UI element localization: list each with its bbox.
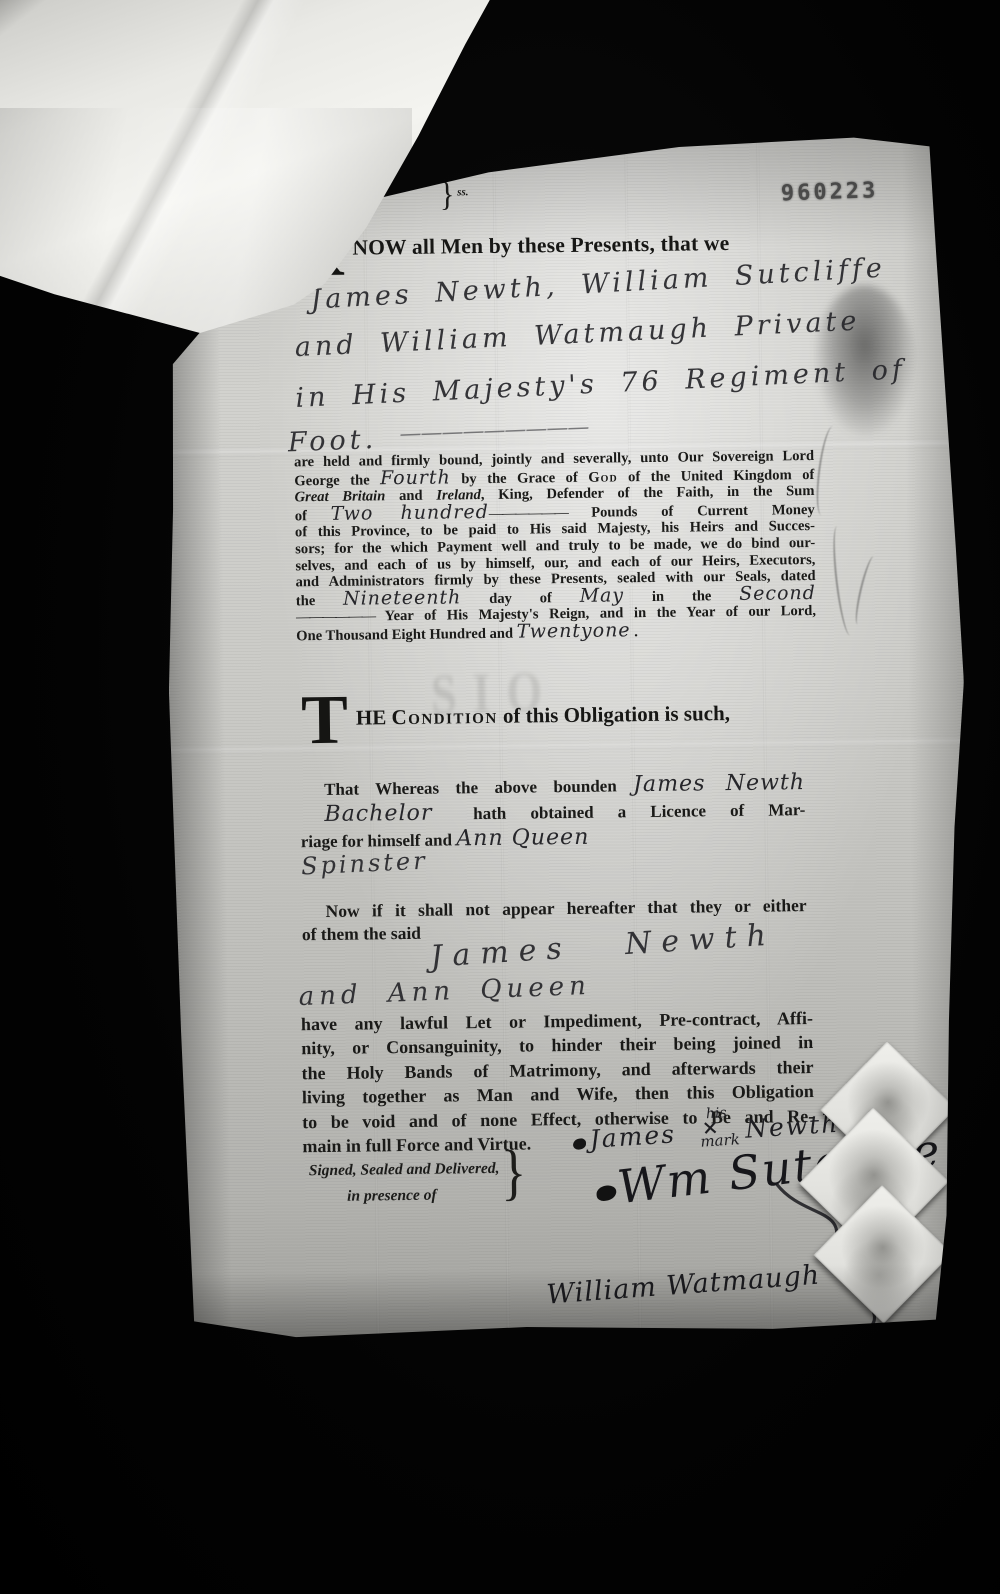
paper-crease (0, 0, 172, 98)
photograph-of-document: VINCE of ER CANADA. }ss. 960223 KNOW all… (0, 0, 1000, 1594)
